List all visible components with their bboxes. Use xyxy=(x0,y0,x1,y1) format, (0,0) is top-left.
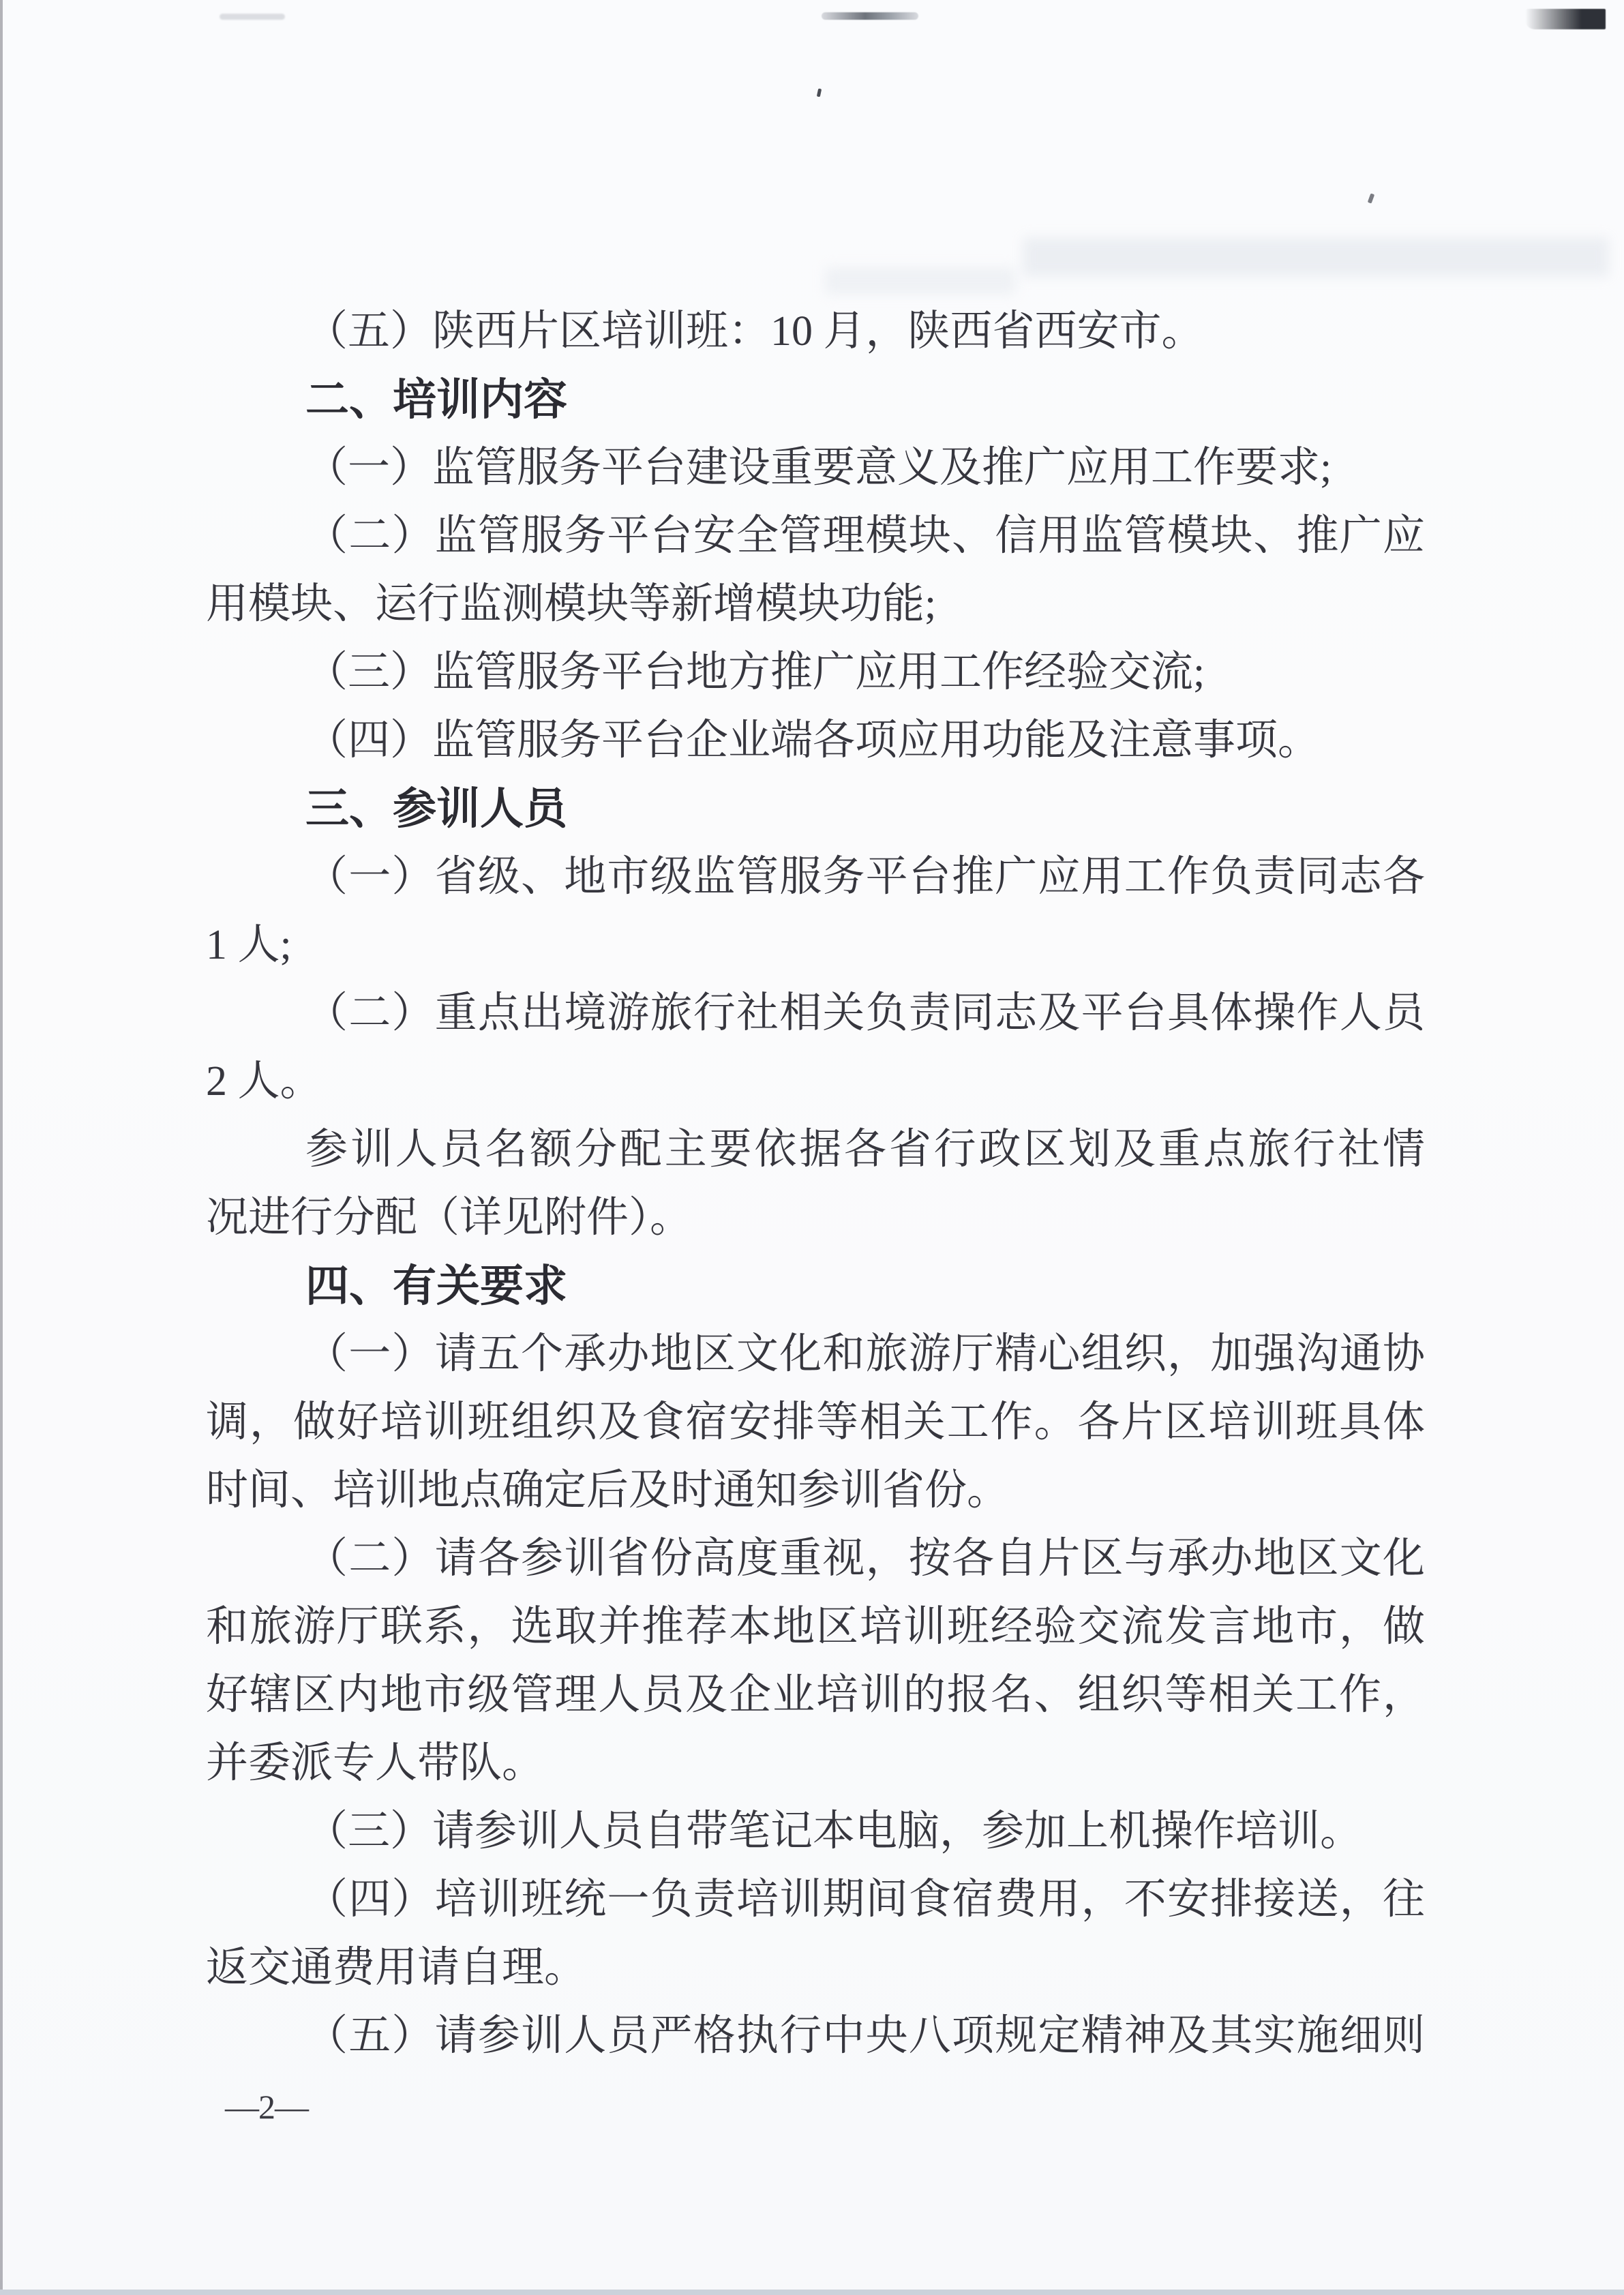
text-line: 况进行分配（详见附件）。 xyxy=(206,1184,1425,1252)
scan-edge-left-line xyxy=(0,0,3,2295)
scan-streak-artifact xyxy=(822,12,918,20)
scan-speck-artifact xyxy=(817,89,822,97)
scan-streak-artifact xyxy=(220,14,285,20)
text-line: （四）培训班统一负责培训期间食宿费用，不安排接送，往 xyxy=(206,1865,1425,1934)
text-line: 时间、培训地点确定后及时通知参训省份。 xyxy=(206,1456,1425,1525)
text-line: （二）请各参训省份高度重视，按各自片区与承办地区文化 xyxy=(206,1525,1425,1593)
text-line: （一）省级、地市级监管服务平台推广应用工作负责同志各 xyxy=(206,843,1425,911)
text-line: （二）重点出境游旅行社相关负责同志及平台具体操作人员 xyxy=(206,979,1425,1047)
text-line: 返交通费用请自理。 xyxy=(206,1934,1425,2002)
scan-bleedthrough-ghost xyxy=(825,267,1016,295)
scan-corner-artifact xyxy=(1525,9,1606,29)
text-line: 1 人; xyxy=(206,911,1425,979)
scan-bleedthrough-ghost xyxy=(1023,237,1609,277)
text-line: （一）请五个承办地区文化和旅游厅精心组织，加强沟通协 xyxy=(206,1320,1425,1388)
text-line: （五）陕西片区培训班：10 月，陕西省西安市。 xyxy=(206,297,1425,365)
text-line: （二）监管服务平台安全管理模块、信用监管模块、推广应 xyxy=(206,502,1425,570)
document-lines: （五）陕西片区培训班：10 月，陕西省西安市。二、培训内容（一）监管服务平台建设… xyxy=(206,297,1425,2070)
page-number: —2— xyxy=(225,2088,308,2126)
text-line: （一）监管服务平台建设重要意义及推广应用工作要求; xyxy=(206,434,1425,502)
text-line: （四）监管服务平台企业端各项应用功能及注意事项。 xyxy=(206,706,1425,775)
text-line: 参训人员名额分配主要依据各省行政区划及重点旅行社情 xyxy=(206,1115,1425,1184)
text-line: 2 人。 xyxy=(206,1047,1425,1115)
text-line: （五）请参训人员严格执行中央八项规定精神及其实施细则 xyxy=(206,2002,1425,2070)
section-heading: 四、有关要求 xyxy=(206,1252,1425,1320)
text-line: 和旅游厅联系，选取并推荐本地区培训班经验交流发言地市，做 xyxy=(206,1593,1425,1661)
text-line: 好辖区内地市级管理人员及企业培训的报名、组织等相关工作， xyxy=(206,1661,1425,1729)
text-line: （三）请参训人员自带笔记本电脑，参加上机操作培训。 xyxy=(206,1797,1425,1865)
text-line: 用模块、运行监测模块等新增模块功能; xyxy=(206,570,1425,638)
text-line: 并委派专人带队。 xyxy=(206,1729,1425,1797)
document-page: （五）陕西片区培训班：10 月，陕西省西安市。二、培训内容（一）监管服务平台建设… xyxy=(0,0,1624,2295)
scan-speck-artifact xyxy=(1368,193,1374,203)
section-heading: 二、培训内容 xyxy=(206,365,1425,434)
section-heading: 三、参训人员 xyxy=(206,775,1425,843)
text-line: （三）监管服务平台地方推广应用工作经验交流; xyxy=(206,638,1425,706)
text-line: 调，做好培训班组织及食宿安排等相关工作。各片区培训班具体 xyxy=(206,1388,1425,1456)
scan-edge-bottom-line xyxy=(0,2290,1624,2295)
